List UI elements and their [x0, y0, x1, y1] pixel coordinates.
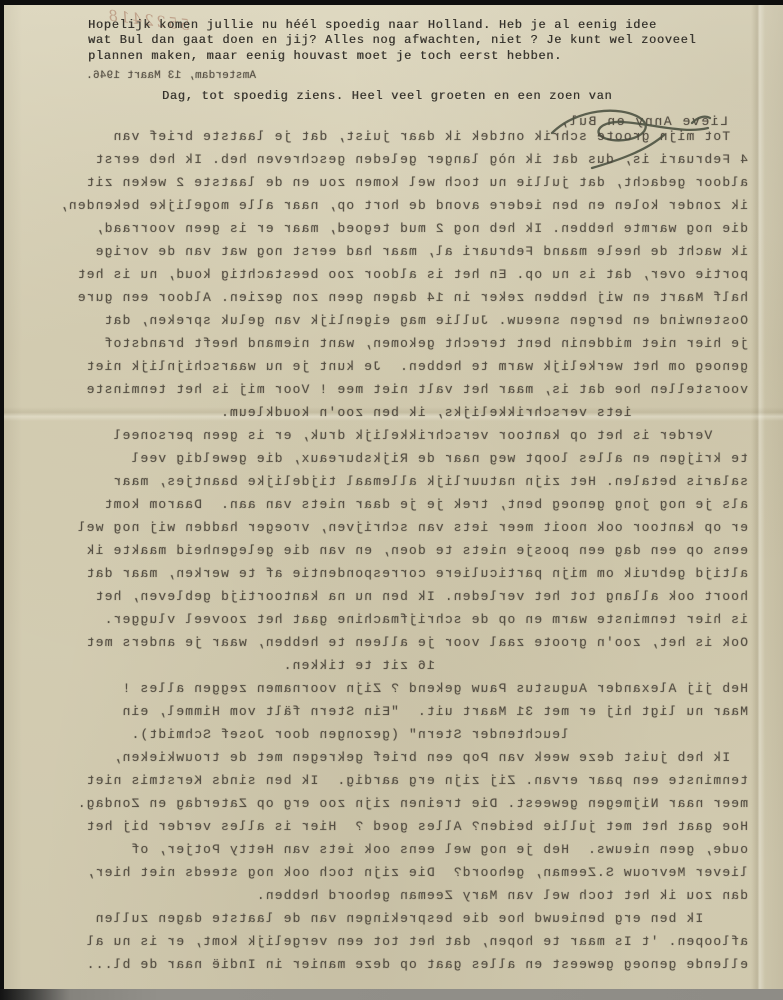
showthrough-body-line: 4 Februari is, dus dat ik nòg langer gel…	[46, 148, 748, 171]
typed-paragraph-line: plannen maken, maar eenig houvast moet j…	[88, 49, 696, 64]
showthrough-body-line: Maar nu ligt hij er met 31 Maart uit. "E…	[46, 700, 748, 723]
showthrough-body-line: Ik ben erg benieuwd hoe die besprekingen…	[46, 907, 748, 930]
showthrough-body-line: iets verschrikkelijks, ik ben zoo'n koud…	[46, 401, 748, 424]
showthrough-body-line: Hoe gaat het met jullie beiden? Alles go…	[46, 815, 748, 838]
showthrough-body-line: eens op een dag een poosje niets te doen…	[46, 539, 748, 562]
showthrough-body-line: meer naar Nijmegen geweest. Die treinen …	[46, 792, 748, 815]
typed-closing-line: Dag, tot spoedig ziens. Heel veel groete…	[162, 89, 612, 104]
showthrough-body-line: je hier niet middenin bent terecht gekom…	[46, 332, 748, 355]
typed-paragraph-line: wat Bul dan gaat doen en jij? Alles nog …	[88, 33, 696, 48]
showthrough-body-line: salaris betalen. Het zijn natuurlijk all…	[46, 470, 748, 493]
showthrough-body-line: als je nog jong genoeg bent, trek je je …	[46, 493, 748, 516]
showthrough-body-line: ik zonder kolen en ben iedere avond de h…	[46, 194, 748, 217]
showthrough-body-line: is hier tenminste warm en op de schrijfm…	[46, 608, 748, 631]
letter-paper: 5522418 Hopelijk komen jullie nu héél sp…	[4, 5, 783, 989]
scan-bottom-edge	[0, 989, 783, 1000]
showthrough-body-line: aldoor gedacht, dat jullie nu toch wel k…	[46, 171, 748, 194]
showthrough-body-line: die nog warmte hebben. Ik heb nog 2 mud …	[46, 217, 748, 240]
showthrough-body-line: Ook is het, zoo'n groote zaal voor je al…	[46, 631, 748, 654]
showthrough-body-line: tenminste een paar ervan. Zij zijn erg a…	[46, 769, 748, 792]
showthrough-body-line: ik wacht de heele maand Februari al, maa…	[46, 240, 748, 263]
typed-paragraph-line: Hopelijk komen jullie nu héél spoedig na…	[88, 18, 696, 33]
showthrough-body-line: oude, geen nieuws. Heb je nog wel eens o…	[46, 838, 748, 861]
showthrough-body-line: genoeg om het werkelijk warm te hebben. …	[46, 355, 748, 378]
showthrough-body-line: ellende genoeg geweest en alles gaat op …	[46, 953, 748, 976]
showthrough-body-line: afloopen. 't Is maar te hopen, dat het t…	[46, 930, 748, 953]
showthrough-body-line: portie over, dat is nu op. En het is ald…	[46, 263, 748, 286]
showthrough-body-line: half Maart en wij hebben zeker in 14 dag…	[46, 286, 748, 309]
showthrough-body-line: Oostenwind en bergen sneeuw. Jullie mag …	[46, 309, 748, 332]
showthrough-body-line: er op kantoor ook nooit meer iets van sc…	[46, 516, 748, 539]
showthrough-body-line: voorstellen hoe dat is, maar het valt ni…	[46, 378, 748, 401]
showthrough-date-line: Amsterdam, 13 Maart 1946.	[88, 69, 256, 83]
showthrough-body-line: leuchtender Stern" (gezongen door Josef …	[46, 723, 748, 746]
showthrough-body-line: te krijgen en alles loopt weg naar de Ri…	[46, 447, 748, 470]
showthrough-body-line: 16 zit te tikken.	[46, 654, 748, 677]
showthrough-body-line: Heb jij Alexander Augustus Pauw gekend ?…	[46, 677, 748, 700]
showthrough-body-line: liever Mevrouw S.Zeeman, gehoord? Die zi…	[46, 861, 748, 884]
showthrough-body-line: Tot mijn groote schrik ontdek ik daar ju…	[46, 125, 748, 148]
showthrough-letter-body: Tot mijn groote schrik ontdek ik daar ju…	[46, 125, 748, 976]
showthrough-body-line: altijd gebruik om mijn particuliere corr…	[46, 562, 748, 585]
vertical-crease	[751, 5, 765, 989]
scanned-letter-page: 5522418 Hopelijk komen jullie nu héél sp…	[0, 0, 783, 1000]
showthrough-body-line: dan zou ik het toch wel van Mary Zeeman …	[46, 884, 748, 907]
showthrough-body-line: Verder is het op kantoor verschrikkelijk…	[46, 424, 748, 447]
showthrough-body-line: Ik heb juist deze week van Pop een brief…	[46, 746, 748, 769]
typed-paragraph: Hopelijk komen jullie nu héél spoedig na…	[88, 18, 696, 64]
showthrough-body-line: hoort ook allang tot het verleden. Ik be…	[46, 585, 748, 608]
